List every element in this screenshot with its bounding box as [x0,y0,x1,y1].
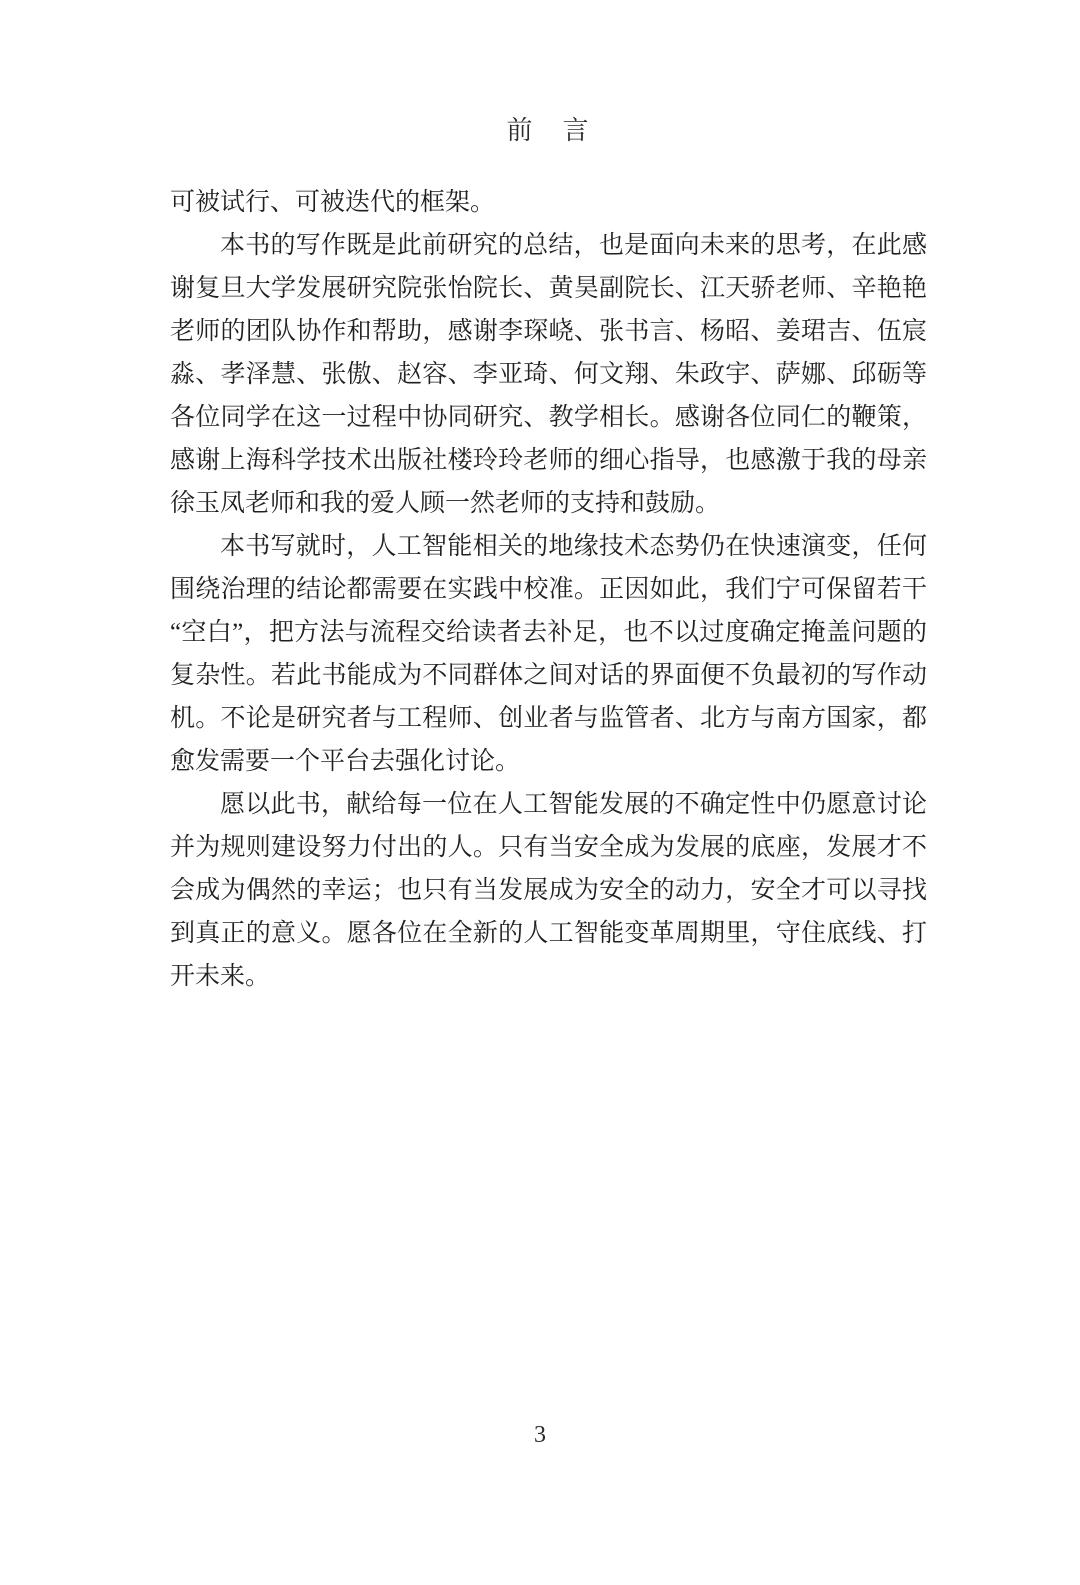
paragraph-acknowledgements: 本书的写作既是此前研究的总结，也是面向未来的思考，在此感谢复旦大学发展研究院张怡… [170,224,927,525]
preface-title: 前 言 [506,116,590,145]
page-header: 前 言 [170,110,927,147]
page-footer: 3 [0,1422,1080,1449]
document-page: 前 言 可被试行、可被迭代的框架。 本书的写作既是此前研究的总结，也是面向未来的… [0,0,1080,1585]
paragraph-context: 本书写就时，人工智能相关的地缘技术态势仍在快速演变，任何围绕治理的结论都需要在实… [170,525,927,783]
paragraph-dedication: 愿以此书，献给每一位在人工智能发展的不确定性中仍愿意讨论并为规则建设努力付出的人… [170,783,927,998]
document-body: 可被试行、可被迭代的框架。 本书的写作既是此前研究的总结，也是面向未来的思考，在… [170,181,927,998]
paragraph-continuation: 可被试行、可被迭代的框架。 [170,181,927,224]
page-number: 3 [534,1422,546,1448]
